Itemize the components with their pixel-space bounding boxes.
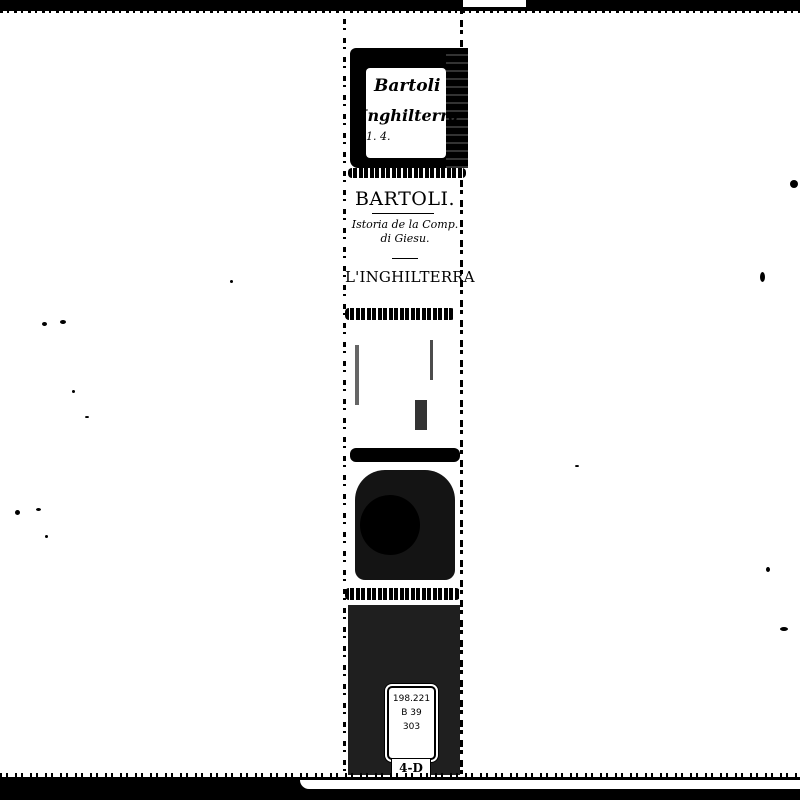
- speck: [60, 320, 66, 324]
- subtitle-line-2: di Giesu.: [340, 232, 470, 246]
- speck: [766, 567, 770, 572]
- shelfmark-line-3: 303: [389, 720, 434, 734]
- wear-mark: [355, 345, 359, 405]
- speck: [72, 390, 75, 393]
- subtitle-line-1: Istoria de la Comp.: [340, 218, 470, 232]
- bottom-scan-border: [0, 777, 800, 800]
- bottom-edge-highlight: [300, 780, 800, 789]
- top-paper-notch: [460, 0, 526, 7]
- spine-band-upper: [348, 168, 466, 178]
- speck: [42, 322, 47, 326]
- spine-subtitle: Istoria de la Comp. di Giesu.: [340, 218, 470, 246]
- speck: [760, 272, 765, 282]
- speck: [15, 510, 20, 515]
- label-volume-handwritten: 1. 4.: [366, 130, 391, 143]
- spine-emblem: [360, 495, 420, 555]
- speck: [85, 416, 89, 418]
- speck: [575, 465, 579, 467]
- rule-divider: [372, 213, 434, 214]
- spine-band-lower: [345, 588, 460, 600]
- speck: [230, 280, 233, 283]
- speck: [45, 535, 48, 538]
- library-shelfmark-label: 198.221 B 39 303: [387, 686, 436, 760]
- speck: [36, 508, 41, 511]
- spine-author: BARTOLI.: [349, 188, 461, 210]
- spine-title: L'INGHILTERRA: [345, 268, 469, 286]
- speck: [780, 627, 788, 631]
- rule-divider-short: [392, 258, 418, 259]
- wear-mark: [415, 400, 427, 430]
- label-title-handwritten: Inghilterra: [360, 106, 459, 125]
- wear-mark: [430, 340, 433, 380]
- spine-band-middle: [345, 308, 455, 320]
- label-author-handwritten: Bartoli: [374, 76, 440, 96]
- shelfmark-line-1: 198.221: [389, 692, 434, 706]
- handwritten-spine-label: Bartoli Inghilterra 1. 4.: [350, 48, 468, 168]
- spine-band-dark: [350, 448, 460, 462]
- shelfmark-line-2: B 39: [389, 706, 434, 720]
- speck: [790, 180, 798, 188]
- spine-left-edge: [343, 0, 346, 780]
